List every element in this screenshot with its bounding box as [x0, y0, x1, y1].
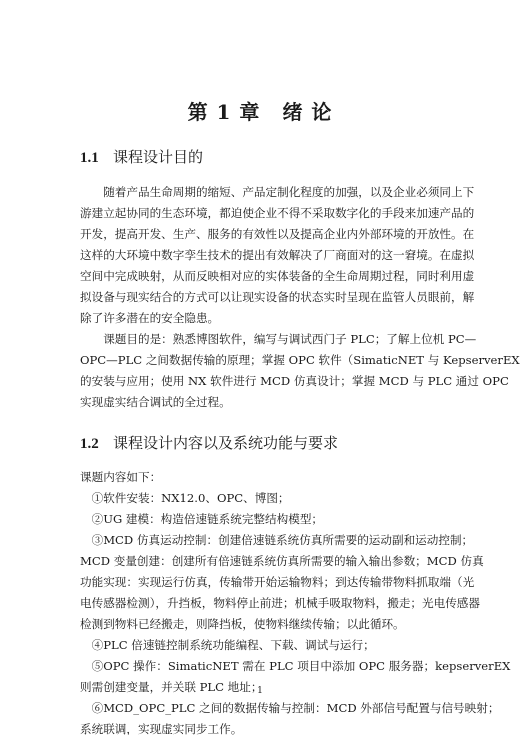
- paragraph-line: 课题目的是：熟悉博图软件，编写与调试西门子 PLC；了解上位机 PC—: [80, 332, 440, 346]
- chapter-title: 第 1 章绪 论: [0, 96, 520, 125]
- paragraph-line: 电传感器检测），升挡板，物料停止前进；机械手吸取物料，搬走；光电传感器: [80, 596, 440, 610]
- section-title: 课程设计内容以及系统功能与要求: [113, 434, 338, 452]
- list-item: ⑥MCD_OPC_PLC 之间的数据传输与控制：MCD 外部信号配置与信号映射；: [80, 701, 440, 715]
- paragraph-line: 系统联调，实现虚实同步工作。: [80, 722, 440, 735]
- list-item: ⑤OPC 操作：SimaticNET 需在 PLC 项目中添加 OPC 服务器；…: [80, 659, 440, 673]
- paragraph-line: 功能实现：实现运行仿真，传输带开始运输物料；到达传输带物料抓取端（光: [80, 575, 440, 589]
- document-page: 第 1 章绪 论 1.1课程设计目的 随着产品生命周期的缩短、产品定制化程度的加…: [0, 0, 520, 735]
- paragraph-line: 课题内容如下：: [80, 470, 440, 484]
- paragraph-line: MCD 变量创建：创建所有倍速链系统仿真所需要的输入输出参数；MCD 仿真: [80, 554, 440, 568]
- section-heading-1-2: 1.2课程设计内容以及系统功能与要求: [80, 432, 338, 453]
- list-item: ③MCD 仿真运动控制：创建倍速链系统仿真所需要的运动副和运动控制；: [80, 533, 440, 547]
- paragraph-line: 开发，提高开发、生产、服务的有效性以及提高企业内外部环境的开放性。在: [80, 227, 440, 241]
- list-item: ④PLC 倍速链控制系统功能编程、下载、调试与运行；: [80, 638, 440, 652]
- paragraph-line: 空间中完成映射，从而反映相对应的实体装备的全生命周期过程，同时利用虚: [80, 269, 440, 283]
- section-title: 课程设计目的: [113, 148, 203, 166]
- section-number: 1.1: [80, 150, 113, 167]
- chapter-name: 绪 论: [282, 100, 332, 124]
- paragraph-line: 这样的大环境中数字孪生技术的提出有效解决了厂商面对的这一窘境。在虚拟: [80, 248, 440, 262]
- section-number: 1.2: [80, 436, 113, 453]
- paragraph-line: 检测到物料已经搬走，则降挡板，使物料继续传输；以此循环。: [80, 617, 440, 631]
- paragraph-line: 游建立起协同的生态环境，都迫使企业不得不采取数字化的手段来加速产品的: [80, 206, 440, 220]
- paragraph-line: 除了许多潜在的安全隐患。: [80, 311, 440, 325]
- list-item: ②UG 建模：构造倍速链系统完整结构模型；: [80, 512, 440, 526]
- paragraph-line: 拟设备与现实结合的方式可以让现实设备的状态实时呈现在监管人员眼前，解: [80, 290, 440, 304]
- chapter-number: 第 1 章: [188, 100, 261, 124]
- page-number: 1: [0, 686, 520, 696]
- paragraph-line: OPC—PLC 之间数据传输的原理；掌握 OPC 软件（SimaticNET 与…: [80, 353, 440, 367]
- list-item: ①软件安装：NX12.0、OPC、博图；: [80, 491, 440, 505]
- paragraph-line: 实现虚实结合调试的全过程。: [80, 395, 440, 409]
- section-heading-1-1: 1.1课程设计目的: [80, 146, 203, 167]
- paragraph-line: 随着产品生命周期的缩短、产品定制化程度的加强，以及企业必须同上下: [80, 185, 440, 199]
- paragraph-line: 的安装与应用；使用 NX 软件进行 MCD 仿真设计；掌握 MCD 与 PLC …: [80, 374, 440, 388]
